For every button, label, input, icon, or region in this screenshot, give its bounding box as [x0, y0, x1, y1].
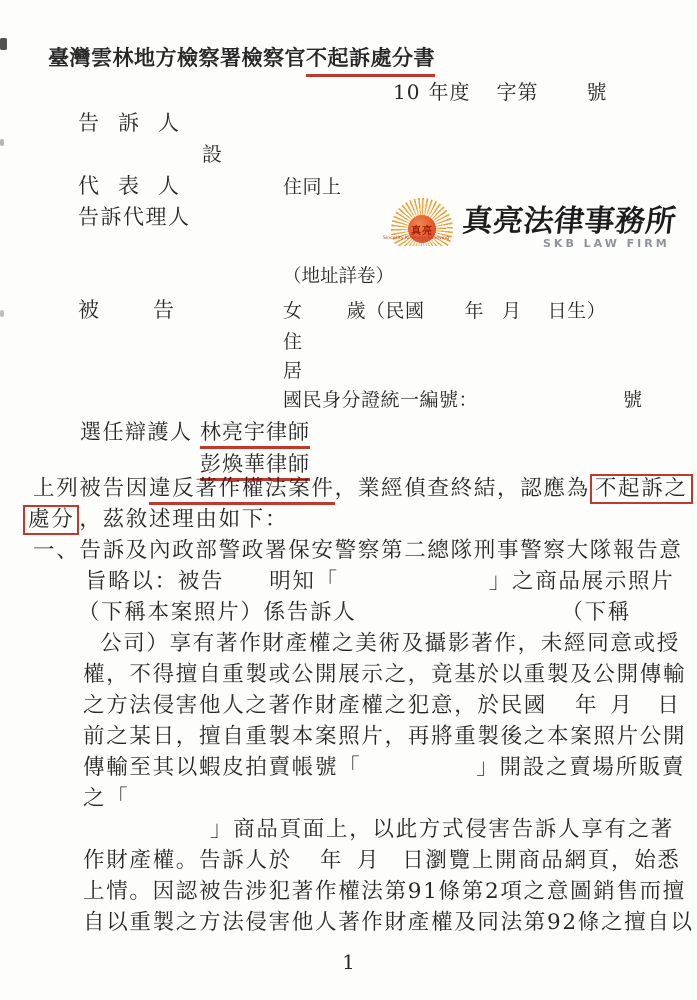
body-text: 」開設之賣場所販賣 — [476, 755, 685, 780]
body-text: 一、告訴及內政部警政署保安警察第二總隊刑事警察大隊報告意 — [33, 538, 683, 563]
body-text: 月 — [357, 848, 380, 873]
defender-name-1-text: 林亮宇律師 — [200, 420, 310, 449]
agent-label: 告訴代理人 — [78, 201, 191, 231]
body-line: 傳輸至其以蝦皮拍賣帳號「」開設之賣場所販賣 — [0, 752, 697, 783]
case-suffix: 號 — [586, 80, 607, 104]
id-number-row: 國民身分證統一編號：號 — [283, 385, 643, 412]
body-text: 之方法侵害他人之著作財產權之犯意，於民國 — [83, 693, 547, 718]
body-line: 之「 — [0, 783, 697, 814]
body-text: 年 — [575, 693, 598, 718]
body-text: 上情。因認被告涉犯著作權法第91條第2項之意圖銷售而擅 — [83, 879, 686, 904]
scan-artifact — [0, 38, 7, 50]
body-text: 日 — [657, 693, 680, 718]
defendant-info: 女歲（民國年月日生） — [283, 296, 606, 323]
body-text: 公司）享有著作財產權之美術及攝影著作，未經同意或授 — [100, 631, 680, 656]
body-line: （下稱本案照片）係告訴人（下稱 — [0, 597, 697, 628]
body-line: 權，不得擅自重製或公開展示之，竟基於以重製及公開傳輸 — [0, 659, 697, 690]
body-text: 權，不得擅自重製或公開展示之，竟基於以重製及公開傳輸 — [83, 662, 686, 687]
body-text: 」商品頁面上，以此方式侵害告訴人享有之著 — [210, 817, 674, 842]
body-text: 上列被告因 — [33, 476, 149, 501]
case-word: 字第 — [496, 80, 538, 104]
body-text: 自以重製之方法侵害他人著作財產權及同法第92條之擅自以 — [83, 910, 694, 935]
body-text: 明知「 — [269, 569, 339, 594]
case-era: 年度 — [428, 80, 470, 104]
body-text: 年 — [320, 848, 343, 873]
body-lines: 上列被告因違反著作權法案件，業經偵查終結，認應為不起訴之處分，茲敘述理由如下：一… — [0, 473, 697, 938]
firm-name-zh: 真亮法律事務所 — [461, 196, 679, 240]
id-label: 國民身分證統一編號： — [283, 389, 478, 411]
case-number: 10年度字第號 — [393, 76, 607, 105]
page-number: 1 — [0, 950, 697, 974]
logo-slogan: Sincerity Kindness Believing — [381, 235, 451, 240]
body-line: 自以重製之方法侵害他人著作財產權及同法第92條之擅自以 — [0, 907, 697, 938]
seat-label: 設 — [202, 138, 222, 167]
body-line: 之方法侵害他人之著作財產權之犯意，於民國年月日 — [0, 690, 697, 721]
body-text: 處分 — [23, 505, 79, 535]
scan-artifact — [0, 310, 4, 317]
case-year: 10 — [393, 80, 420, 104]
representative-label: 代表人 — [78, 170, 198, 200]
body-text: 」之商品展示照片 — [489, 569, 675, 594]
counsel-label: 選任辯護人 — [80, 416, 193, 446]
firm-name-en: SKB LAW FIRM — [543, 237, 670, 250]
doc-title-prefix: 臺灣雲林地方檢察署檢察官 — [48, 45, 306, 70]
body-text: 前之某日，擅自重製本案照片，再將重製後之本案照片公開 — [83, 724, 686, 749]
body-text: 傳輸至其以蝦皮拍賣帳號「 — [83, 755, 361, 780]
defendant-year: 年 — [465, 300, 485, 322]
scan-artifact — [0, 139, 4, 146]
law-firm-logo: 真亮 Sincerity Kindness Believing 真亮法律事務所 … — [385, 196, 685, 262]
doc-title-emphasis: 不起訴處分書 — [306, 45, 435, 77]
body-text: ，業經偵查終結，認應為 — [335, 476, 590, 501]
residence-label: 住 — [283, 327, 303, 354]
defendant-month: 月 — [502, 300, 522, 322]
body-text: ，茲敘述理由如下： — [79, 507, 288, 532]
body-line: 」商品頁面上，以此方式侵害告訴人享有之著 — [0, 814, 697, 845]
body-line: 上情。因認被告涉犯著作權法第91條第2項之意圖銷售而擅 — [0, 876, 697, 907]
representative-residence: 住同上 — [283, 172, 342, 199]
id-suffix: 號 — [623, 389, 643, 411]
body-text: 不起訴之 — [590, 474, 693, 504]
domicile-label: 居 — [283, 356, 303, 383]
doc-title: 臺灣雲林地方檢察署檢察官不起訴處分書 — [48, 42, 435, 72]
body-line: 公司）享有著作財產權之美術及攝影著作，未經同意或授 — [0, 628, 697, 659]
body-text: 作財產權。告訴人於 — [83, 848, 292, 873]
body-line: 上列被告因違反著作權法案件，業經偵查終結，認應為不起訴之 — [0, 473, 697, 504]
body-text: （下稱本案照片）係告訴人 — [78, 600, 356, 625]
defendant-day: 日生） — [548, 300, 607, 322]
body-line: 旨略以：被告明知「」之商品展示照片 — [0, 566, 697, 597]
body-line: 作財產權。告訴人於年月日瀏覽上開商品網頁，始悉 — [0, 845, 697, 876]
body-line: 前之某日，擅自重製本案照片，再將重製後之本案照片公開 — [0, 721, 697, 752]
body-text: 月 — [610, 693, 633, 718]
defendant-age: 歲（民國 — [347, 300, 425, 322]
defendant-gender: 女 — [283, 300, 303, 322]
body-text: 之「 — [83, 786, 129, 811]
body-line: 處分，茲敘述理由如下： — [0, 504, 697, 535]
body-text: 旨略以：被告 — [85, 569, 224, 594]
body-text: （下稱 — [561, 600, 631, 625]
address-note: （地址詳卷） — [283, 262, 394, 288]
complainant-label: 告訴人 — [78, 107, 198, 137]
defendant-label: 被告 — [78, 294, 228, 324]
body-text: 日瀏覽上開商品網頁，始悉 — [402, 848, 680, 873]
body-line: 一、告訴及內政部警政署保安警察第二總隊刑事警察大隊報告意 — [0, 535, 697, 566]
body-text: 違反著作權法案件 — [149, 476, 335, 505]
defender-name-1: 林亮宇律師 — [200, 416, 310, 446]
